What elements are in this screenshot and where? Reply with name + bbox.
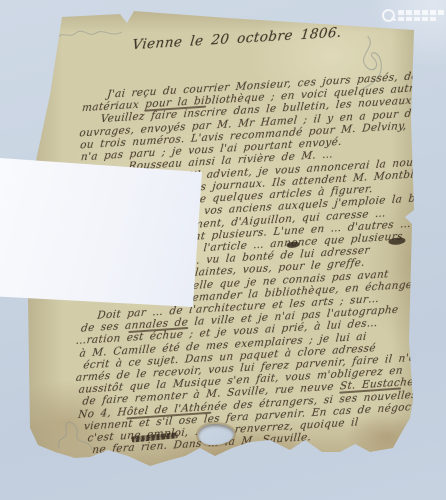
- auction-photo: Vienne le 20 octobre 1806. J'ai reçu du …: [0, 0, 446, 500]
- letter-dateline: Vienne le 20 octobre 1806.: [131, 25, 342, 54]
- ink-blot: [388, 237, 405, 245]
- blank-card-overlay: [0, 158, 202, 307]
- magnifier-logo-icon: [382, 9, 395, 22]
- watermark-text-row: [398, 10, 444, 15]
- watermark-text-row: [398, 17, 436, 22]
- watermark-text-blocks: [398, 10, 444, 21]
- watermark-logo: [382, 6, 444, 25]
